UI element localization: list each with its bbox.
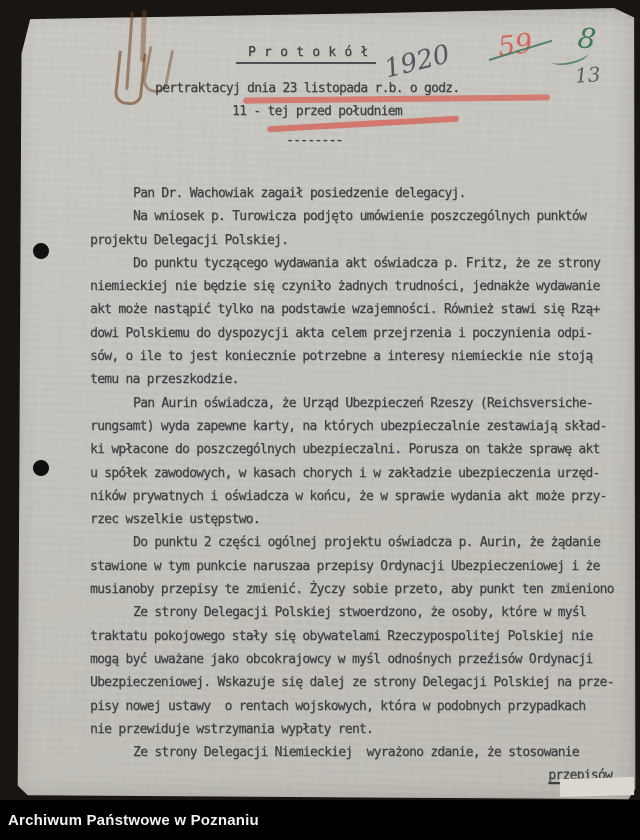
scanned-document-view: 59 8 13 1920 P r o t o k ó ł pertraktacy… [0, 0, 640, 840]
separator-dashes: -------- [286, 133, 343, 148]
archive-label: Archiwum Państwowe w Poznaniu [0, 812, 259, 829]
body-line: stawione w tym punkcie naruszaa przepisy… [90, 555, 624, 578]
crossed-page-number: 59 [496, 28, 534, 63]
body-line: ników prywatnych i oświadcza w końcu, że… [90, 485, 624, 508]
body-line: projektu Delegacji Polskiej. [90, 229, 624, 252]
time-line: 11 - tej przed południem [232, 104, 402, 119]
body-line: Ubezpieczeniowej. Wskazuje się dalej ze … [90, 671, 624, 694]
hole-punch-bottom [33, 460, 49, 476]
body-line: Do punktu tyczącego wydawania akt oświad… [90, 252, 624, 275]
body-line: sów, o ile to jest koniecznie potrzebne … [90, 345, 624, 368]
document-body: Pan Dr. Wachowiak zagaił posiedzenie del… [90, 182, 624, 788]
body-line: rzec wszelkie ustępstwo. [90, 508, 624, 531]
body-line: Ze strony Delegacji Polskiej stwoerdzono… [90, 601, 624, 624]
pencil-page-number: 13 [574, 62, 601, 88]
body-line: mogą być uważane jako obcokrajowcy w myś… [90, 648, 624, 671]
paper-edge-highlight [560, 777, 634, 797]
body-line: u spółek zawodowych, w kasach chorych i … [90, 462, 624, 485]
body-line: przepisów [90, 764, 624, 787]
body-line: niemieckiej nie będzie się czyniło żadny… [90, 275, 624, 298]
body-line: pisy nowej ustawy o rentach wojskowych, … [90, 695, 624, 718]
body-line: Do punktu 2 części ogólnej projektu oświ… [90, 531, 624, 554]
body-line: musianoby przepisy te zmienić. Życzy sob… [90, 578, 624, 601]
hole-punch-top [33, 243, 49, 259]
body-line: nie przewiduje wstrzymania wypłaty rent. [90, 718, 624, 741]
body-line: dowi Polskiemu do dyspozycji akta celem … [90, 322, 624, 345]
body-line: temu na przeszkodzie. [90, 368, 624, 391]
body-line: Pan Dr. Wachowiak zagaił posiedzenie del… [90, 182, 624, 205]
body-line: ki wpłacone do poszczególnych ubezpiecza… [90, 438, 624, 461]
archive-footer: Archiwum Państwowe w Poznaniu [0, 800, 640, 840]
body-line: Pan Aurin oświadcza, że Urząd Ubezpiecze… [90, 392, 624, 415]
document-title: P r o t o k ó ł [236, 45, 376, 64]
body-line: traktatu pokojowego stały się obywatelam… [90, 625, 624, 648]
body-line: akt może nastąpić tylko na podstawie wza… [90, 298, 624, 321]
body-line: rungsamt) wyda zapewne karty, na których… [90, 415, 624, 438]
body-line: Na wniosek p. Turowicza podjęto umówieni… [90, 205, 624, 228]
date-line: pertraktacyj dnia 23 listopada r.b. o go… [155, 81, 459, 96]
body-line: Ze strony Delegacji Niemieckiej wyrażono… [90, 741, 624, 764]
